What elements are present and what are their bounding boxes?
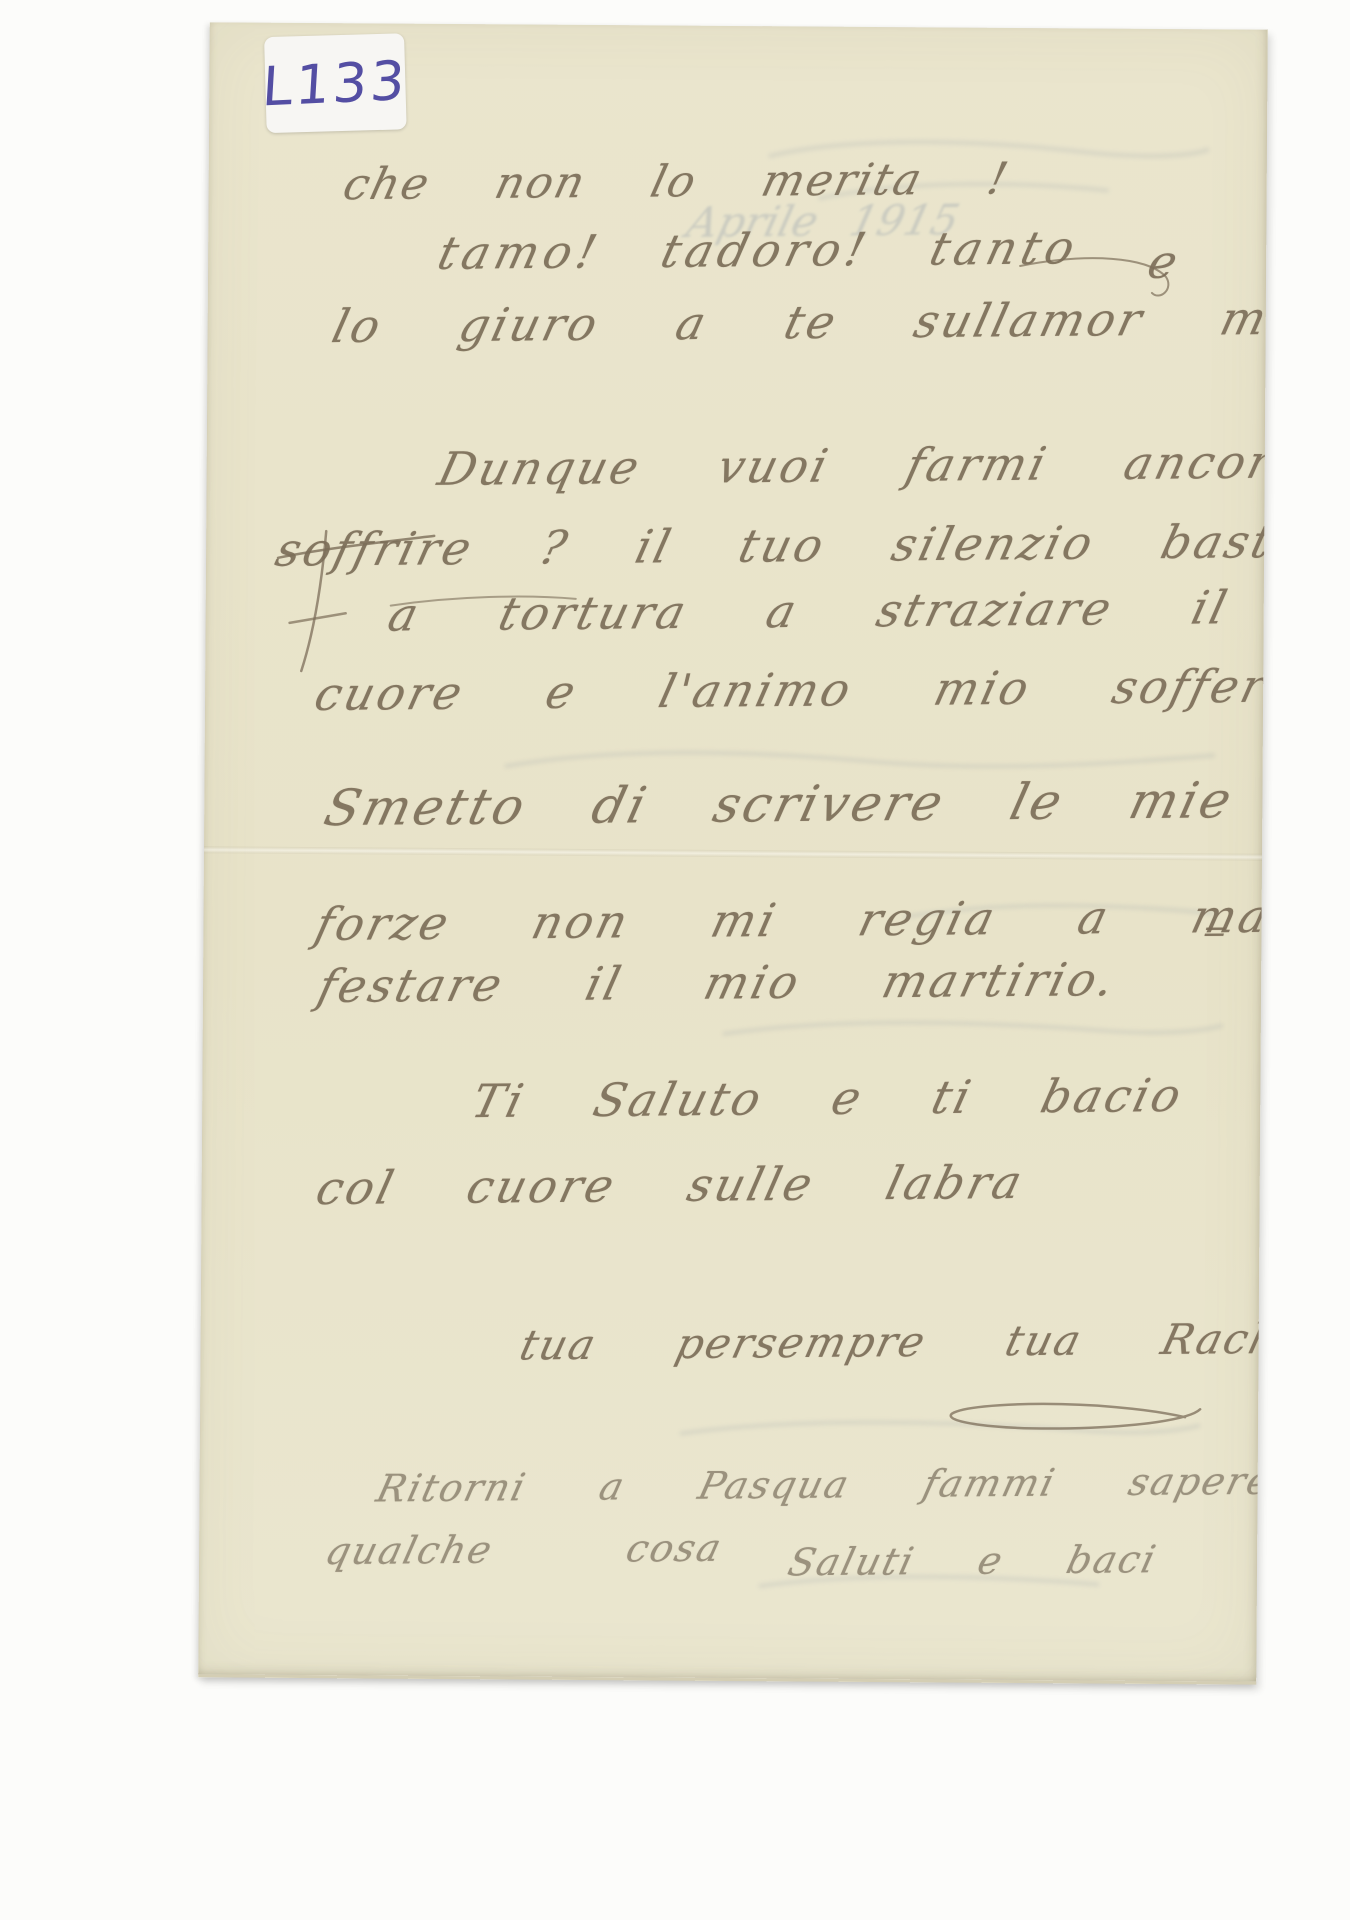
signature-line: tua persempre tua Rachele <box>515 1315 1267 1368</box>
archive-label-sticker: L133 <box>264 33 407 133</box>
postscript-line-2a: qualche cosa <box>321 1528 727 1573</box>
letter-line-2b: e <box>1143 237 1183 288</box>
letter-line-11: Ti Saluto e ti bacio <box>467 1070 1189 1127</box>
letter-line-5: soffrire ? il tuo silenzio basta <box>271 516 1268 575</box>
letter-line-7: cuore e l'animo mio sofferente. <box>310 660 1268 720</box>
letter-line-9: forze non mi regia a mani <box>310 890 1267 949</box>
letter-line-4: Dunque vuoi farmi ancor <box>433 437 1267 495</box>
scanner-background: L133 Aprile 1915 che non lo merita ! tam… <box>0 0 1350 1920</box>
letter-line-2: tamo! tadoro! tanto <box>433 222 1085 278</box>
fold-crease <box>204 846 1262 860</box>
signature-flourish <box>951 1403 1200 1429</box>
letter-line-10: festare il mio martirio. <box>313 954 1122 1011</box>
letter-page: L133 Aprile 1915 che non lo merita ! tam… <box>198 22 1268 1684</box>
letter-line-6: a tortura a straziare il <box>383 582 1234 640</box>
letter-line-12: col cuore sulle labra <box>311 1157 1029 1214</box>
letter-line-1: che non lo merita ! <box>338 156 1013 210</box>
postscript-line-2b: Saluti e baci <box>784 1539 1161 1584</box>
letter-line-3: lo giuro a te sullamor mio. <box>327 293 1267 352</box>
postscript-line-1: Ritorni a Pasqua fammi sapere <box>372 1461 1267 1510</box>
letter-line-8: Smetto di scrivere le mie <box>319 773 1239 836</box>
pen-correction-cross <box>290 613 346 623</box>
archive-label: L133 <box>261 48 410 118</box>
